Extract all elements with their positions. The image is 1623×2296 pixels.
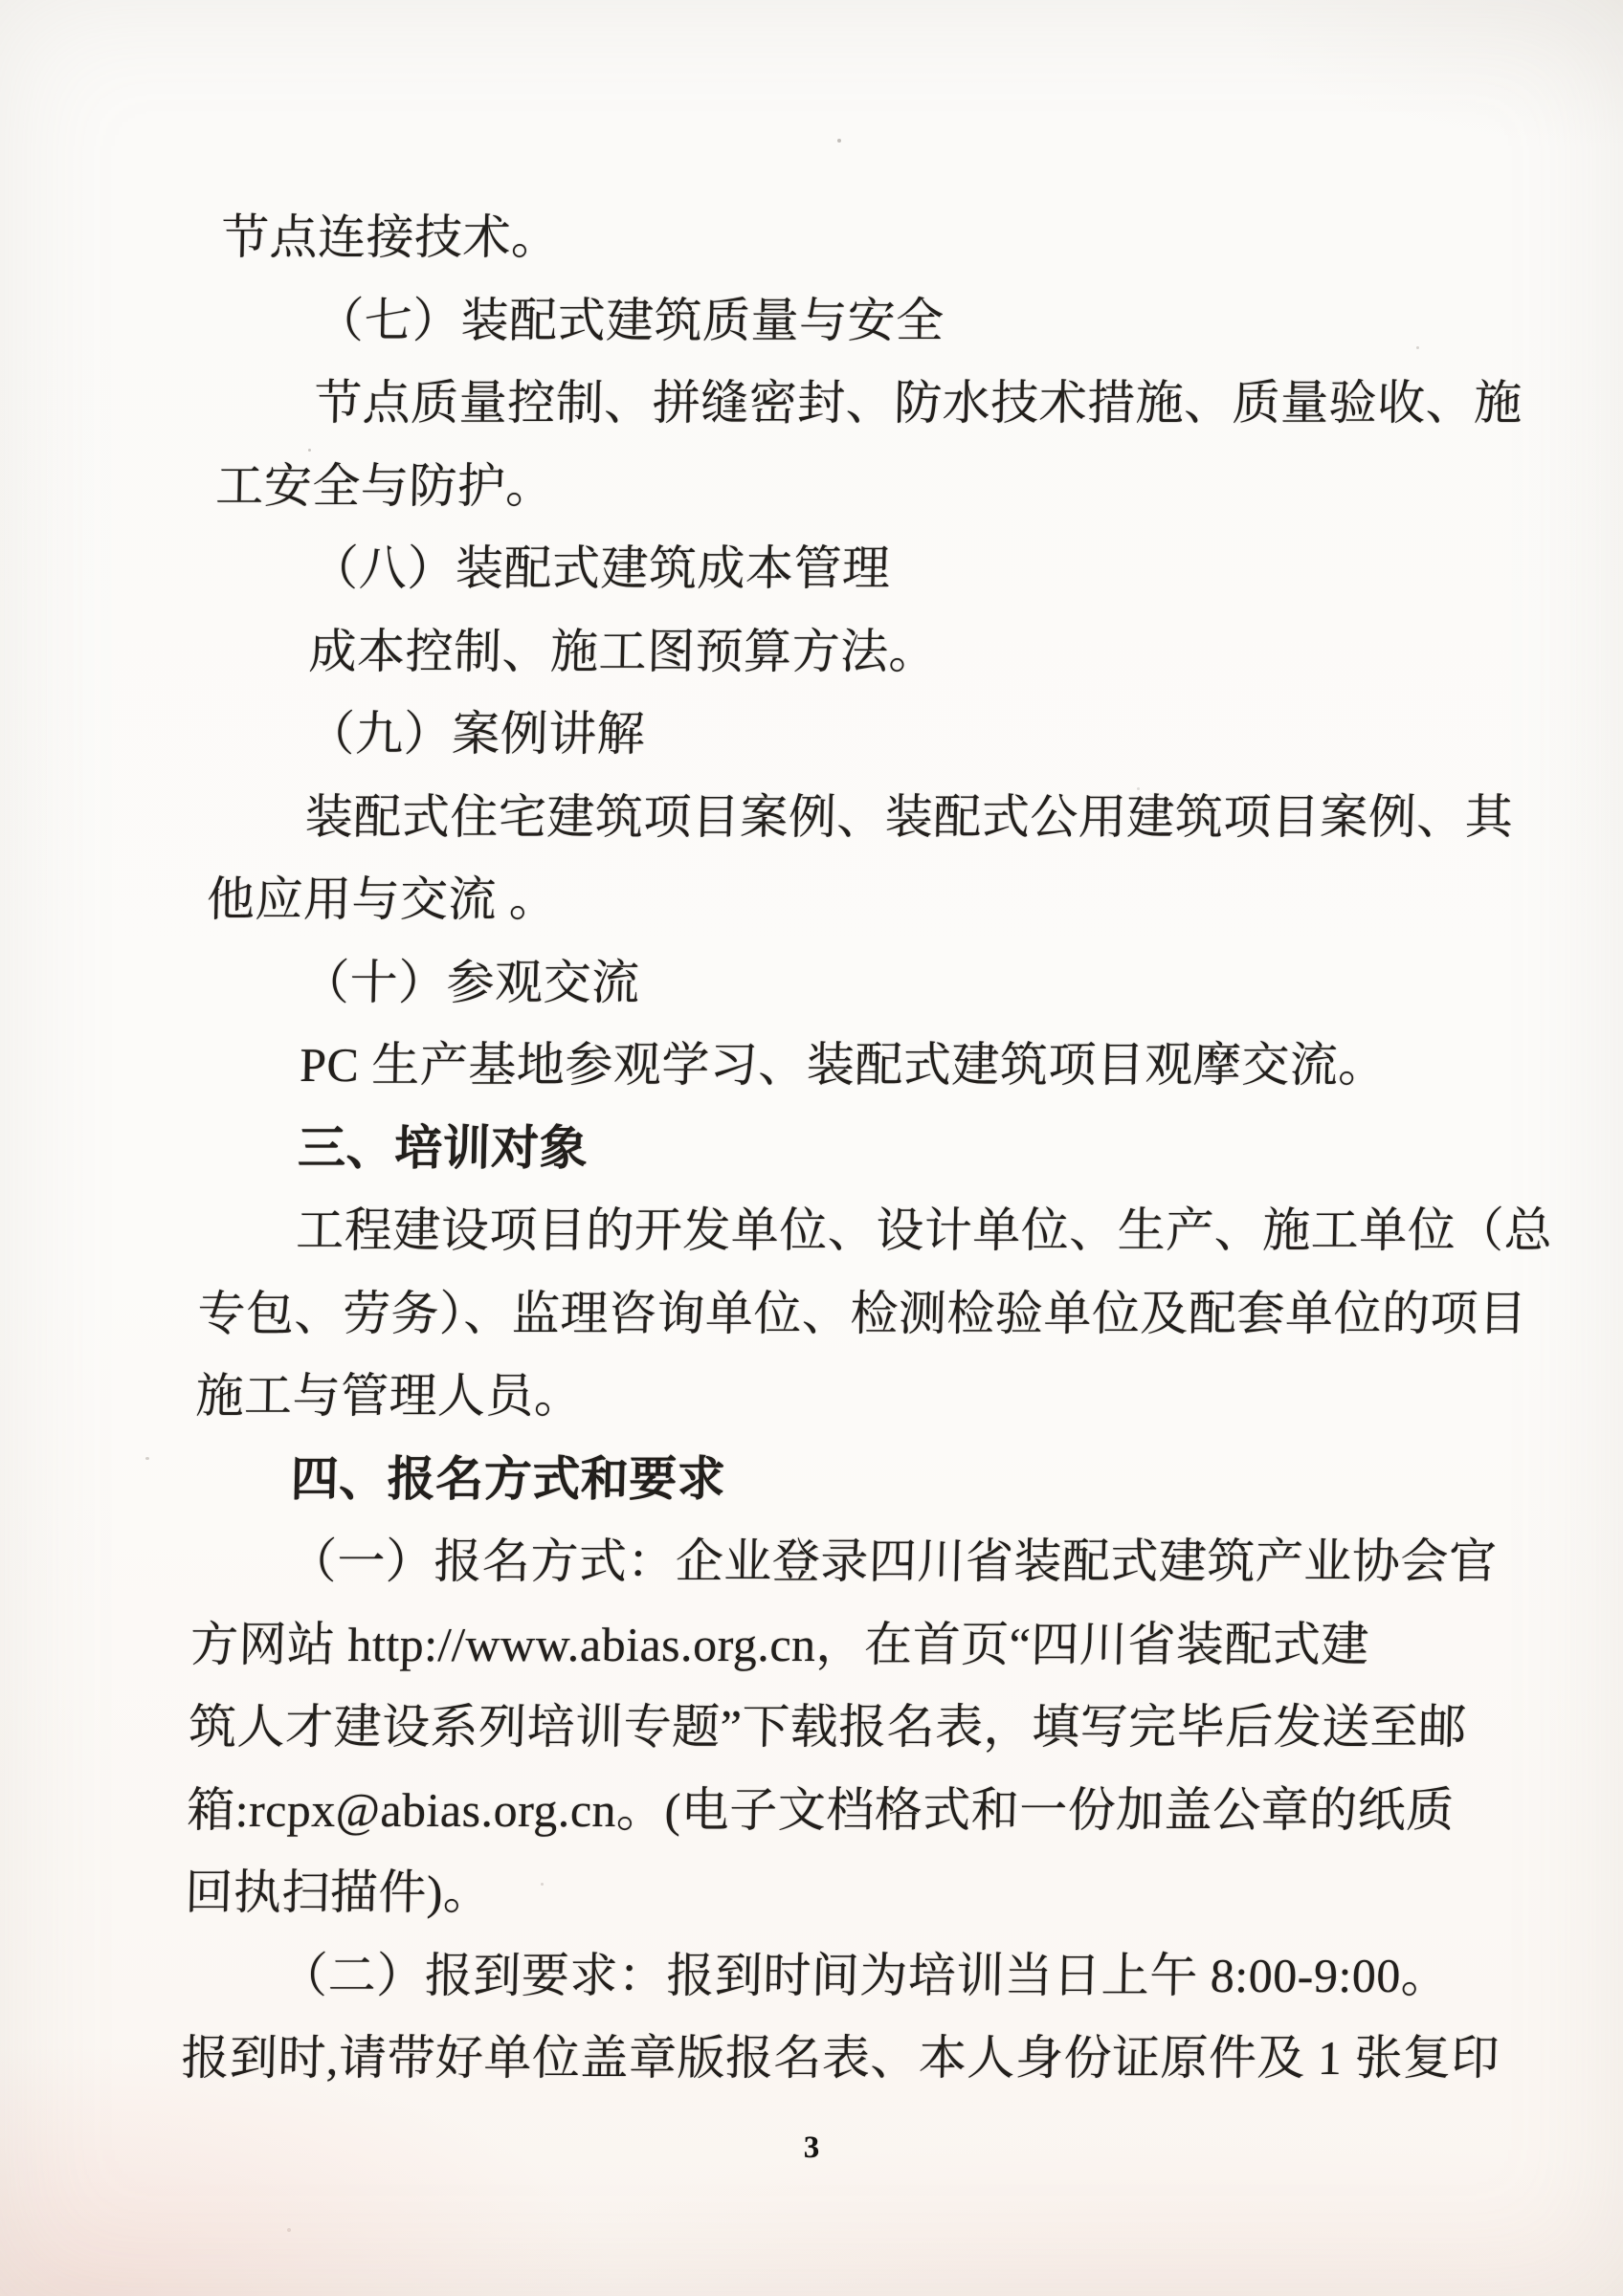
- subsection-heading-line: （八）装配式建筑成本管理: [213, 527, 1545, 610]
- body-text-line: 报到时,请带好单位盖章版报名表、本人身份证原件及 1 张复印: [181, 2017, 1513, 2100]
- body-text-line: （二）报到要求：报到时间为培训当日上午 8:00-9:00。: [182, 1934, 1514, 2018]
- body-text-line: 箱:rcpx@abias.org.cn。(电子文档格式和一份加盖公章的纸质: [186, 1769, 1518, 1852]
- subsection-heading-line: （九）案例讲解: [210, 693, 1542, 776]
- scan-speck: [287, 2228, 291, 2232]
- scan-speck: [837, 139, 841, 143]
- subsection-heading-line: （七）装配式建筑质量与安全: [218, 279, 1550, 363]
- section-heading-line: 四、报名方式和要求: [193, 1438, 1525, 1521]
- body-text-line: 筑人才建设系列培训专题”下载报名表，填写完毕后发送至邮: [188, 1686, 1520, 1769]
- body-text-line: 他应用与交流 。: [206, 858, 1538, 941]
- body-text-line: 节点质量控制、拼缝密封、防水技术措施、质量验收、施: [216, 362, 1548, 445]
- body-text-line: 工安全与防护。: [214, 445, 1546, 528]
- page-number: 3: [0, 2130, 1623, 2166]
- body-text-line: 专包、劳务）、监理咨询单位、检测检验单位及配套单位的项目: [197, 1272, 1529, 1356]
- body-text-line: 节点连接技术。: [220, 196, 1552, 279]
- body-text-line: 工程建设项目的开发单位、设计单位、生产、施工单位（总: [198, 1189, 1530, 1272]
- subsection-heading-line: （十）参观交流: [204, 941, 1536, 1025]
- body-text-line: 成本控制、施工图预算方法。: [211, 610, 1544, 694]
- body-text-line: （一）报名方式：企业登录四川省装配式建筑产业协会官: [191, 1520, 1523, 1603]
- section-heading-line: 三、培训对象: [200, 1107, 1532, 1190]
- body-text-line: 方网站 http://www.abias.org.cn，在首页“四川省装配式建: [189, 1603, 1522, 1687]
- text-block: 节点连接技术。 （七）装配式建筑质量与安全 节点质量控制、拼缝密封、防水技术措施…: [181, 196, 1552, 2100]
- body-text-line: 装配式住宅建筑项目案例、装配式公用建筑项目案例、其: [208, 776, 1540, 859]
- scanned-document-page: 节点连接技术。 （七）装配式建筑质量与安全 节点质量控制、拼缝密封、防水技术措施…: [0, 0, 1623, 2296]
- body-text-line: PC 生产基地参观学习、装配式建筑项目观摩交流。: [202, 1024, 1534, 1107]
- body-text-line: 回执扫描件)。: [184, 1851, 1516, 1934]
- body-text-line: 施工与管理人员。: [195, 1355, 1527, 1438]
- scan-speck: [145, 1457, 149, 1460]
